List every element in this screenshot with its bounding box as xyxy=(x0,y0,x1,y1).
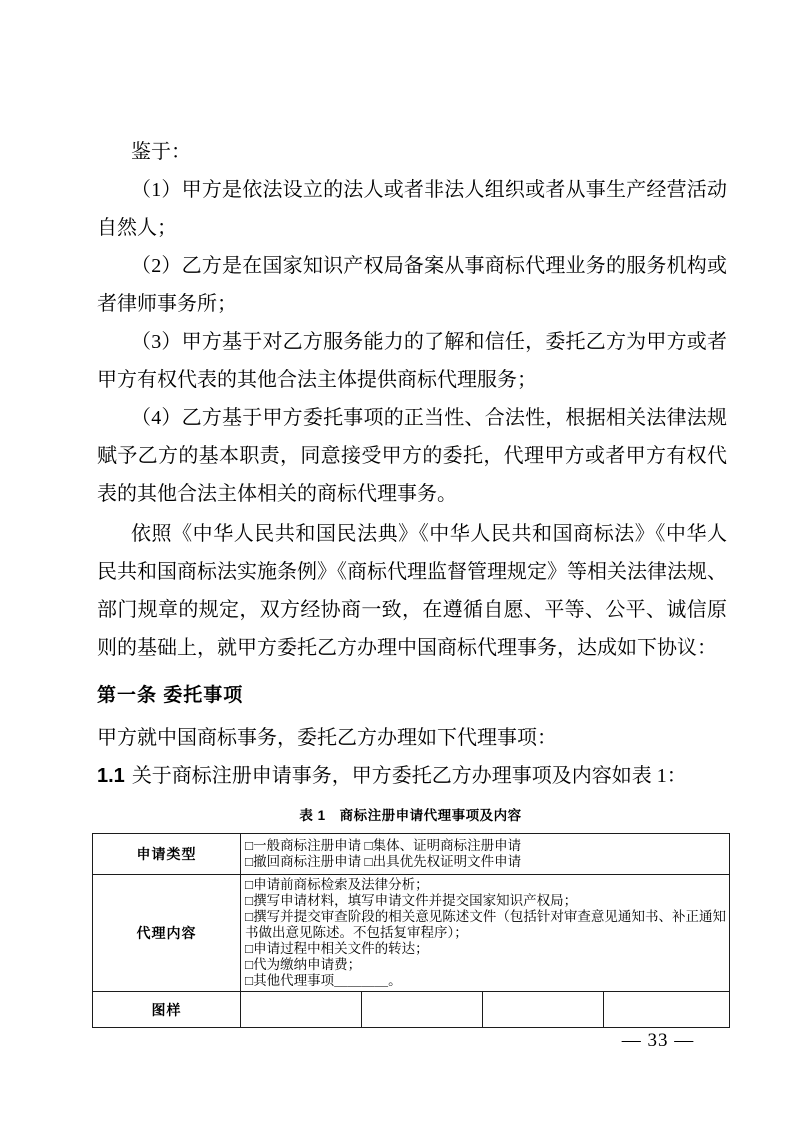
article-1-heading: 第一条 委托事项 xyxy=(97,682,727,710)
recital-item-4: （4）乙方基于甲方委托事项的正当性、合法性，根据相关法律法规赋予乙方的基本职责，… xyxy=(97,399,727,513)
row-agency-content: 代理内容 □申请前商标检索及法律分析； □撰写申请材料，填写申请文件并提交国家知… xyxy=(93,875,730,992)
checkbox-option-line: □撰写并提交审查阶段的相关意见陈述文件（包括针对审查意见通知书、补正通知书做出意… xyxy=(245,909,726,941)
checkbox-option-line: □撰写申请材料，填写申请文件并提交国家知识产权局； xyxy=(245,893,726,909)
specimen-label: 图样 xyxy=(93,992,241,1028)
clause-1-1: 1.1关于商标注册申请事务，甲方委托乙方办理事项及内容如表 1： xyxy=(97,757,727,795)
page-number: — 33 — xyxy=(612,1030,704,1052)
agency-content-items: □申请前商标检索及法律分析； □撰写申请材料，填写申请文件并提交国家知识产权局；… xyxy=(241,875,730,992)
checkbox-option-line: □申请过程中相关文件的转达； xyxy=(245,941,726,957)
row-specimen: 图样 xyxy=(93,992,730,1028)
recital-item-1: （1）甲方是依法设立的法人或者非法人组织或者从事生产经营活动自然人； xyxy=(97,171,727,247)
specimen-cell xyxy=(362,992,483,1028)
article-1-intro: 甲方就中国商标事务，委托乙方办理如下代理事项： xyxy=(97,719,727,757)
checkbox-option-line: □申请前商标检索及法律分析； xyxy=(245,877,726,893)
document-page: 鉴于： （1）甲方是依法设立的法人或者非法人组织或者从事生产经营活动自然人； （… xyxy=(0,0,793,1122)
specimen-cell xyxy=(483,992,604,1028)
application-type-options: □一般商标注册申请 □集体、证明商标注册申请 □撤回商标注册申请 □出具优先权证… xyxy=(241,834,730,875)
row-application-type: 申请类型 □一般商标注册申请 □集体、证明商标注册申请 □撤回商标注册申请 □出… xyxy=(93,834,730,875)
table-1: 申请类型 □一般商标注册申请 □集体、证明商标注册申请 □撤回商标注册申请 □出… xyxy=(92,833,730,1028)
basis-paragraph: 依照《中华人民共和国民法典》《中华人民共和国商标法》《中华人民共和国商标法实施条… xyxy=(97,515,727,667)
specimen-cell xyxy=(604,992,730,1028)
recitals-lead: 鉴于： xyxy=(97,133,727,171)
checkbox-option-line: □撤回商标注册申请 □出具优先权证明文件申请 xyxy=(245,854,726,870)
clause-number: 1.1 xyxy=(97,765,125,787)
agency-content-label: 代理内容 xyxy=(93,875,241,992)
checkbox-option-line: □一般商标注册申请 □集体、证明商标注册申请 xyxy=(245,838,726,854)
table-1-caption: 表 1 商标注册申请代理事项及内容 xyxy=(92,807,729,824)
application-type-label: 申请类型 xyxy=(93,834,241,875)
checkbox-option-line: □其他代理事项＿＿＿＿。 xyxy=(245,973,726,989)
recital-item-3: （3）甲方基于对乙方服务能力的了解和信任，委托乙方为甲方或者甲方有权代表的其他合… xyxy=(97,323,727,399)
recital-item-2: （2）乙方是在国家知识产权局备案从事商标代理业务的服务机构或者律师事务所； xyxy=(97,247,727,323)
content-area: 鉴于： （1）甲方是依法设立的法人或者非法人组织或者从事生产经营活动自然人； （… xyxy=(97,133,727,1028)
specimen-cell xyxy=(241,992,362,1028)
checkbox-option-line: □代为缴纳申请费； xyxy=(245,957,726,973)
clause-text: 关于商标注册申请事务，甲方委托乙方办理事项及内容如表 1： xyxy=(132,765,687,787)
